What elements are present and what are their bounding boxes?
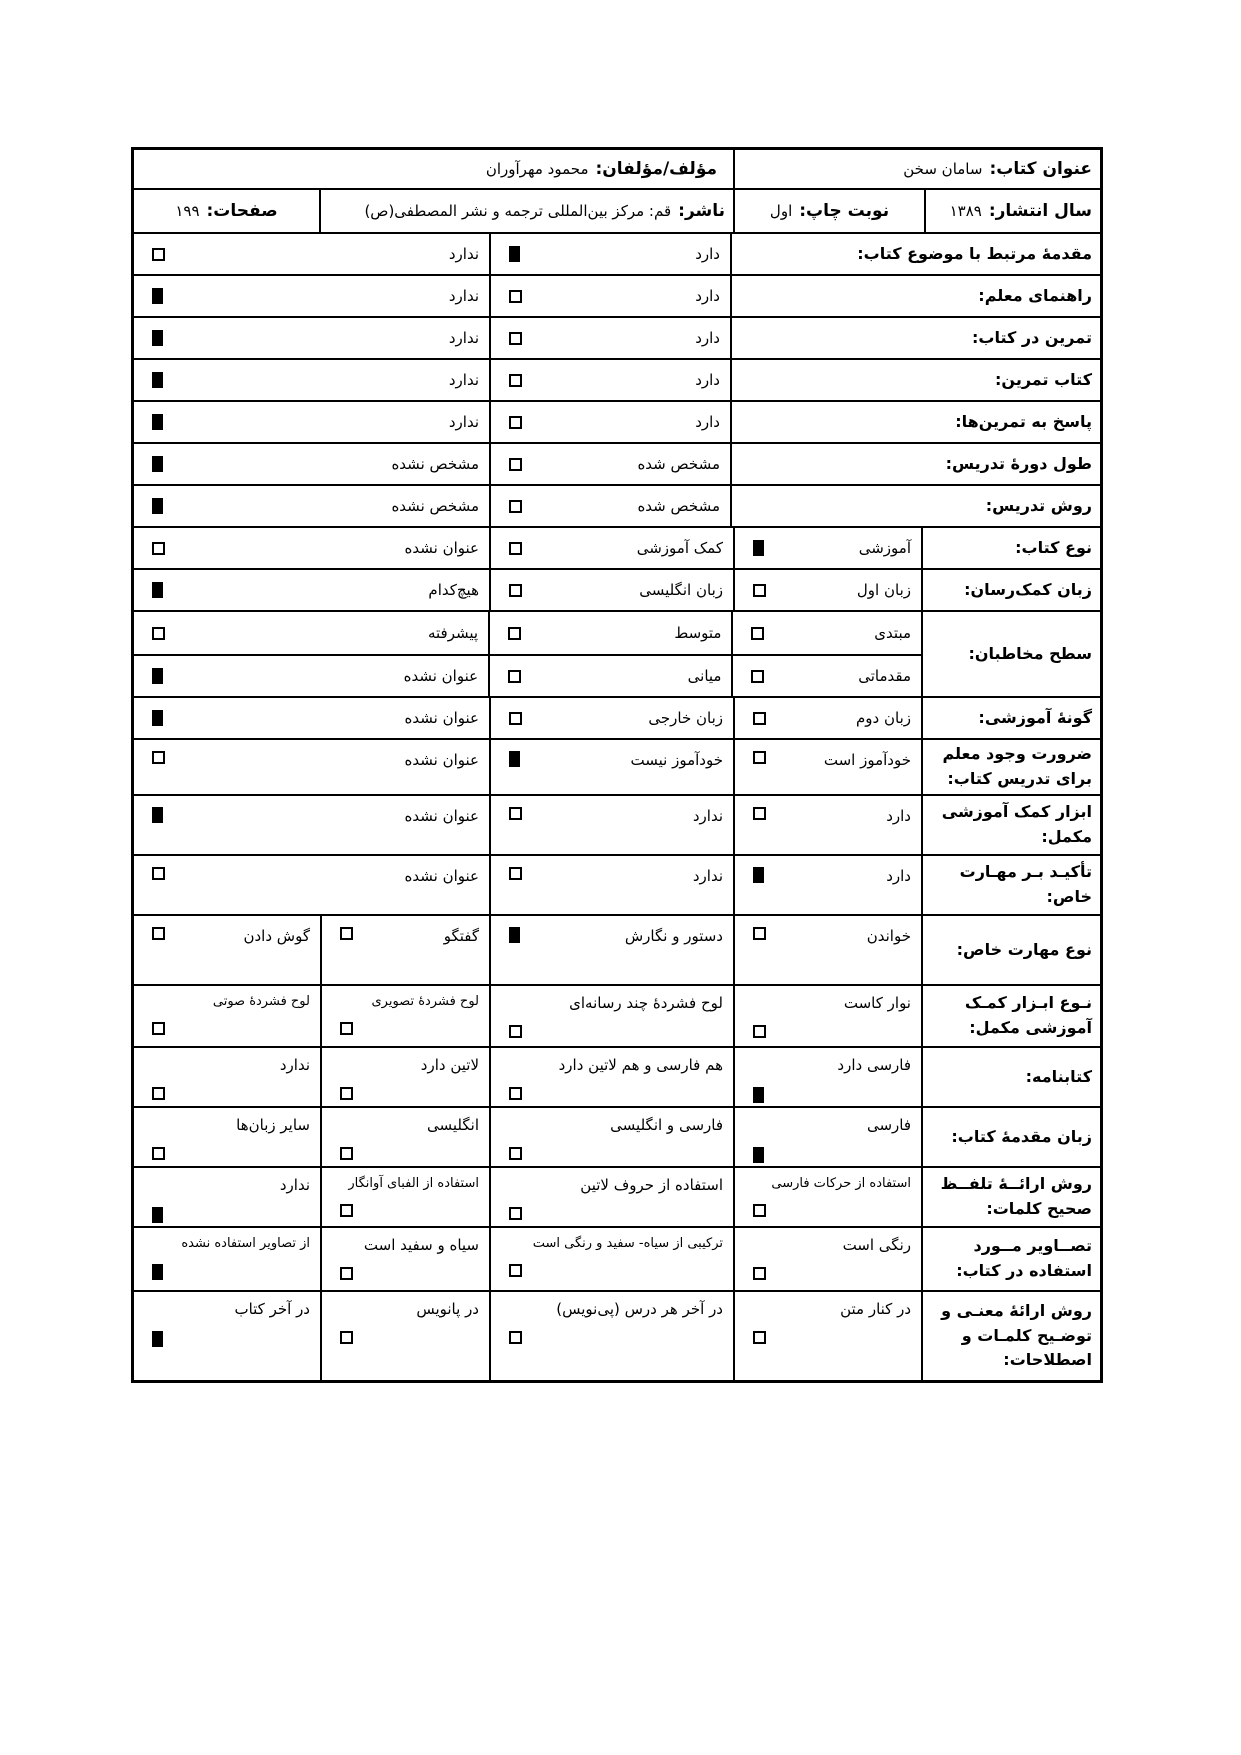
option-label: دارد: [886, 867, 911, 885]
option-cell: ندارد: [134, 402, 491, 442]
page-count-label: صفحات:: [207, 201, 278, 221]
form-row-special-skill-type: نوع مهارت خاص:خواندندستور و نگارشگفتگوگو…: [134, 914, 1100, 984]
option-cell: گفتگو: [322, 916, 491, 984]
option-label: لوح فشردۀ صوتی: [213, 994, 310, 1009]
row-label: روش ارائۀ معنـی و توضـیح کلمـات و اصطلاح…: [923, 1292, 1100, 1380]
option-label: کمک آموزشی: [637, 539, 723, 557]
checkbox-unchecked: [508, 627, 521, 640]
row-label: ضرورت وجود معلم برای تدریس کتاب:: [923, 740, 1100, 794]
checkbox-checked: [152, 807, 163, 823]
checkbox-checked: [753, 1087, 764, 1103]
option-label: ندارد: [449, 287, 479, 305]
checkbox-checked: [152, 1331, 163, 1347]
option-label: عنوان نشده: [405, 709, 479, 727]
option-label: مقدماتی: [858, 667, 911, 685]
checkbox-checked: [152, 330, 163, 346]
option-label: لوح فشردۀ تصویری: [372, 994, 480, 1009]
checkbox-unchecked: [753, 927, 766, 940]
row-label: روش تدریس:: [732, 486, 1100, 526]
checkbox-unchecked: [152, 1087, 165, 1100]
option-label: فارسی و انگلیسی: [610, 1116, 723, 1134]
option-label: ندارد: [449, 413, 479, 431]
checkbox-unchecked: [152, 927, 165, 940]
page-count-cell: صفحات: ۱۹۹: [134, 190, 321, 232]
option-label: سایر زبان‌ها: [236, 1116, 310, 1134]
option-cell: در آخر کتاب: [134, 1292, 322, 1380]
option-label: مشخص نشده: [391, 455, 479, 473]
page-count-value: ۱۹۹: [175, 202, 199, 220]
publish-year-value: ۱۳۸۹: [950, 202, 982, 220]
option-label: مشخص شده: [637, 497, 720, 515]
author-label: مؤلف/مؤلفان:: [595, 159, 717, 179]
option-label: خودآموز نیست: [631, 751, 723, 769]
document-page: عنوان کتاب: سامان سخن مؤلف/مؤلفان: محمود…: [0, 0, 1241, 1755]
checkbox-checked: [152, 288, 163, 304]
option-cell: عنوان نشده: [134, 656, 490, 696]
row-label: زبان کمک‌رسان:: [923, 570, 1100, 610]
option-label: رنگی است: [843, 1236, 911, 1254]
option-cell: سیاه و سفید است: [322, 1228, 491, 1290]
checkbox-unchecked: [509, 500, 522, 513]
option-label: مبتدی: [874, 624, 911, 642]
option-cell: دارد: [735, 796, 923, 854]
row-label: نـوع ابـزار کمـک آموزشی مکمل:: [923, 986, 1100, 1046]
option-cell: کمک آموزشی: [491, 528, 735, 568]
checkbox-unchecked: [152, 542, 165, 555]
option-label: سیاه و سفید است: [364, 1236, 479, 1254]
checkbox-unchecked: [509, 807, 522, 820]
row-label: طول دورۀ تدریس:: [732, 444, 1100, 484]
checkbox-unchecked: [509, 1147, 522, 1160]
option-cell: فارسی: [735, 1108, 923, 1166]
option-label: زبان دوم: [856, 709, 911, 727]
option-label: فارسی: [867, 1116, 911, 1134]
option-cell: مشخص نشده: [134, 444, 491, 484]
option-label: هیچ‌کدام: [428, 581, 479, 599]
option-label: گفتگو: [444, 927, 479, 945]
checkbox-unchecked: [753, 807, 766, 820]
checkbox-unchecked: [340, 1267, 353, 1280]
publish-year-label: سال انتشار:: [989, 201, 1092, 221]
group-options: مبتدیمتوسطپیشرفتهمقدماتیمیانیعنوان نشده: [134, 612, 923, 696]
option-label: متوسط: [674, 624, 721, 642]
option-cell: از تصاویر استفاده نشده: [134, 1228, 322, 1290]
checkbox-unchecked: [509, 458, 522, 471]
checkbox-unchecked: [509, 1264, 522, 1277]
option-label: استفاده از الفبای آوانگار: [348, 1176, 479, 1191]
option-label: زبان اول: [857, 581, 911, 599]
checkbox-unchecked: [509, 1207, 522, 1220]
book-evaluation-table: عنوان کتاب: سامان سخن مؤلف/مؤلفان: محمود…: [131, 147, 1103, 1383]
checkbox-unchecked: [509, 712, 522, 725]
checkbox-unchecked: [753, 1331, 766, 1344]
option-cell: خودآموز است: [735, 740, 923, 794]
option-cell: هم فارسی و هم لاتین دارد: [491, 1048, 735, 1106]
form-row-teaching-method: روش تدریس:مشخص شدهمشخص نشده: [134, 484, 1100, 526]
option-label: زبان خارجی: [648, 709, 723, 727]
option-cell: ترکیبی از سیاه- سفید و رنگی است: [491, 1228, 735, 1290]
option-cell: ندارد: [134, 234, 491, 274]
option-cell: گوش دادن: [134, 916, 322, 984]
form-row-course-duration: طول دورۀ تدریس:مشخص شدهمشخص نشده: [134, 442, 1100, 484]
option-label: ندارد: [280, 1176, 310, 1194]
checkbox-unchecked: [340, 1147, 353, 1160]
option-cell: لوح فشردۀ تصویری: [322, 986, 491, 1046]
row-label: نوع کتاب:: [923, 528, 1100, 568]
checkbox-unchecked: [753, 1204, 766, 1217]
option-cell: عنوان نشده: [134, 740, 491, 794]
option-label: ندارد: [693, 807, 723, 825]
author-cell: مؤلف/مؤلفان: محمود مهرآوران: [134, 150, 735, 188]
form-row-pronunciation-method: روش ارائــۀ تلفــظ صحیح کلمات:استفاده از…: [134, 1166, 1100, 1226]
option-label: دستور و نگارش: [625, 927, 723, 945]
publisher-value: قم: مرکز بین‌المللی ترجمه و نشر المصطفی(…: [364, 202, 671, 220]
form-row-exercises-in-book: تمرین در کتاب:داردندارد: [134, 316, 1100, 358]
option-cell: میانی: [490, 656, 733, 696]
option-label: ندارد: [280, 1056, 310, 1074]
option-label: فارسی دارد: [837, 1056, 911, 1074]
form-row-supplementary-tool-type: نـوع ابـزار کمـک آموزشی مکمل:نوار کاستلو…: [134, 984, 1100, 1046]
option-label: استفاده از حرکات فارسی: [771, 1176, 911, 1191]
option-cell: ندارد: [134, 276, 491, 316]
checkbox-checked: [152, 710, 163, 726]
checkbox-unchecked: [152, 1147, 165, 1160]
checkbox-unchecked: [152, 867, 165, 880]
option-cell: در پانویس: [322, 1292, 491, 1380]
form-row-teacher-guide: راهنمای معلم:داردندارد: [134, 274, 1100, 316]
checkbox-unchecked: [753, 712, 766, 725]
option-cell: متوسط: [490, 612, 733, 654]
option-cell: عنوان نشده: [134, 698, 491, 738]
row-label: تأکیـد بـر مهـارت خاص:: [923, 856, 1100, 914]
checkbox-unchecked: [751, 670, 764, 683]
option-label: در آخر هر درس (پی‌نویس): [556, 1300, 723, 1318]
option-label: لوح فشردۀ چند رسانه‌ای: [569, 994, 723, 1012]
option-cell: زبان انگلیسی: [491, 570, 735, 610]
row-label: تصــاویر مــورد استفاده در کتاب:: [923, 1228, 1100, 1290]
checkbox-checked: [509, 751, 520, 767]
checkbox-checked: [509, 246, 520, 262]
option-label: مشخص شده: [637, 455, 720, 473]
option-cell: مبتدی: [733, 612, 921, 654]
option-cell: پیشرفته: [134, 612, 490, 654]
option-cell: در آخر هر درس (پی‌نویس): [491, 1292, 735, 1380]
option-cell: فارسی دارد: [735, 1048, 923, 1106]
option-cell: لاتین دارد: [322, 1048, 491, 1106]
checkbox-checked: [152, 456, 163, 472]
option-label: استفاده از حروف لاتین: [580, 1176, 723, 1194]
checkbox-unchecked: [509, 332, 522, 345]
checkbox-unchecked: [509, 1331, 522, 1344]
book-title-value: سامان سخن: [903, 160, 982, 178]
option-label: انگلیسی: [427, 1116, 479, 1134]
option-label: هم فارسی و هم لاتین دارد: [559, 1056, 723, 1074]
option-cell: هیچ‌کدام: [134, 570, 491, 610]
checkbox-unchecked: [152, 751, 165, 764]
row-label: کتابنامه:: [923, 1048, 1100, 1106]
option-cell: ندارد: [134, 1048, 322, 1106]
option-label: آموزشی: [859, 539, 911, 557]
option-label: عنوان نشده: [405, 751, 479, 769]
option-label: عنوان نشده: [405, 539, 479, 557]
checkbox-checked: [152, 414, 163, 430]
option-cell: لوح فشردۀ صوتی: [134, 986, 322, 1046]
option-label: پیشرفته: [428, 624, 478, 642]
option-cell: در کنار متن: [735, 1292, 923, 1380]
print-edition-value: اول: [770, 202, 792, 220]
row-label: کتاب تمرین:: [732, 360, 1100, 400]
option-cell: استفاده از الفبای آوانگار: [322, 1168, 491, 1226]
option-cell: عنوان نشده: [134, 528, 491, 568]
row-label: راهنمای معلم:: [732, 276, 1100, 316]
option-label: میانی: [688, 667, 722, 685]
checkbox-unchecked: [509, 867, 522, 880]
option-label: ندارد: [449, 371, 479, 389]
checkbox-unchecked: [340, 927, 353, 940]
checkbox-unchecked: [753, 751, 766, 764]
checkbox-checked: [152, 582, 163, 598]
form-row-exercise-answers: پاسخ به تمرین‌ها:داردندارد: [134, 400, 1100, 442]
checkbox-checked: [152, 498, 163, 514]
publisher-cell: ناشر: قم: مرکز بین‌المللی ترجمه و نشر ال…: [321, 190, 735, 232]
row-label: مقدمۀ مرتبط با موضوع کتاب:: [732, 234, 1100, 274]
option-label: لاتین دارد: [421, 1056, 479, 1074]
option-label: دارد: [695, 287, 720, 305]
option-label: در پانویس: [416, 1300, 479, 1318]
option-cell: عنوان نشده: [134, 856, 491, 914]
checkbox-unchecked: [509, 290, 522, 303]
option-label: در کنار متن: [840, 1300, 911, 1318]
option-cell: انگلیسی: [322, 1108, 491, 1166]
option-cell: مقدماتی: [733, 656, 921, 696]
checkbox-unchecked: [753, 1267, 766, 1280]
option-cell: دارد: [491, 276, 732, 316]
checkbox-unchecked: [152, 1022, 165, 1035]
checkbox-unchecked: [751, 627, 764, 640]
option-label: دارد: [886, 807, 911, 825]
option-label: ندارد: [693, 867, 723, 885]
checkbox-checked: [753, 540, 764, 556]
form-row-special-skill-emphasis: تأکیـد بـر مهـارت خاص:داردنداردعنوان نشد…: [134, 854, 1100, 914]
option-cell: عنوان نشده: [134, 796, 491, 854]
form-row-intro-related-to-subject: مقدمۀ مرتبط با موضوع کتاب:داردندارد: [134, 232, 1100, 274]
form-row-exercise-book: کتاب تمرین:داردندارد: [134, 358, 1100, 400]
option-label: زبان انگلیسی: [639, 581, 723, 599]
checkbox-unchecked: [509, 374, 522, 387]
book-title-label: عنوان کتاب:: [989, 159, 1092, 179]
option-cell: استفاده از حرکات فارسی: [735, 1168, 923, 1226]
option-cell: آموزشی: [735, 528, 923, 568]
form-row-education-type: گونۀ آموزشی:زبان دومزبان خارجیعنوان نشده: [134, 696, 1100, 738]
option-label: در آخر کتاب: [234, 1300, 310, 1318]
checkbox-unchecked: [340, 1331, 353, 1344]
option-label: نوار کاست: [844, 994, 911, 1012]
option-label: ترکیبی از سیاه- سفید و رنگی است: [533, 1236, 723, 1251]
checkbox-checked: [753, 1147, 764, 1163]
print-edition-label: نوبت چاپ:: [799, 201, 889, 221]
checkbox-checked: [509, 927, 520, 943]
option-label: خودآموز است: [824, 751, 911, 769]
form-subrow: مبتدیمتوسطپیشرفته: [134, 612, 921, 654]
option-cell: ندارد: [134, 1168, 322, 1226]
publish-year-cell: سال انتشار: ۱۳۸۹: [926, 190, 1100, 232]
form-row-teacher-necessity: ضرورت وجود معلم برای تدریس کتاب:خودآموز …: [134, 738, 1100, 794]
form-row-book-type: نوع کتاب:آموزشیکمک آموزشیعنوان نشده: [134, 526, 1100, 568]
option-label: دارد: [695, 245, 720, 263]
option-cell: دارد: [735, 856, 923, 914]
header-row-publication: سال انتشار: ۱۳۸۹ نوبت چاپ: اول ناشر: قم:…: [134, 188, 1100, 232]
option-cell: مشخص شده: [491, 444, 732, 484]
checkbox-unchecked: [753, 584, 766, 597]
form-row-preface-language: زبان مقدمۀ کتاب:فارسیفارسی و انگلیسیانگل…: [134, 1106, 1100, 1166]
checkbox-checked: [152, 372, 163, 388]
option-cell: رنگی است: [735, 1228, 923, 1290]
option-label: عنوان نشده: [404, 667, 478, 685]
option-label: ندارد: [449, 329, 479, 347]
option-cell: نوار کاست: [735, 986, 923, 1046]
checkbox-unchecked: [152, 627, 165, 640]
checkbox-unchecked: [508, 670, 521, 683]
checkbox-checked: [152, 668, 163, 684]
option-cell: مشخص نشده: [134, 486, 491, 526]
option-cell: زبان خارجی: [491, 698, 735, 738]
checkbox-checked: [152, 1264, 163, 1280]
row-label: ابزار کمک آموزشی مکمل:: [923, 796, 1100, 854]
form-row-helper-language: زبان کمک‌رسان:زبان اولزبان انگلیسیهیچ‌کد…: [134, 568, 1100, 610]
option-cell: لوح فشردۀ چند رسانه‌ای: [491, 986, 735, 1046]
form-row-meaning-explanation-method: روش ارائۀ معنـی و توضـیح کلمـات و اصطلاح…: [134, 1290, 1100, 1380]
option-label: گوش دادن: [243, 927, 310, 945]
checkbox-unchecked: [509, 1087, 522, 1100]
row-label: زبان مقدمۀ کتاب:: [923, 1108, 1100, 1166]
option-label: دارد: [695, 329, 720, 347]
option-label: دارد: [695, 371, 720, 389]
option-label: عنوان نشده: [405, 867, 479, 885]
publisher-label: ناشر:: [678, 201, 725, 221]
form-row-bibliography: کتابنامه:فارسی داردهم فارسی و هم لاتین د…: [134, 1046, 1100, 1106]
option-cell: دارد: [491, 402, 732, 442]
row-label: تمرین در کتاب:: [732, 318, 1100, 358]
checkbox-unchecked: [340, 1022, 353, 1035]
author-value: محمود مهرآوران: [486, 160, 589, 178]
option-cell: دارد: [491, 234, 732, 274]
option-cell: خودآموز نیست: [491, 740, 735, 794]
row-label: روش ارائــۀ تلفــظ صحیح کلمات:: [923, 1168, 1100, 1226]
checkbox-unchecked: [509, 542, 522, 555]
checkbox-unchecked: [509, 584, 522, 597]
form-rows: مقدمۀ مرتبط با موضوع کتاب:داردنداردراهنم…: [134, 232, 1100, 1380]
checkbox-unchecked: [509, 1025, 522, 1038]
checkbox-unchecked: [509, 416, 522, 429]
option-cell: ندارد: [491, 856, 735, 914]
option-label: دارد: [695, 413, 720, 431]
checkbox-unchecked: [753, 1025, 766, 1038]
option-cell: دارد: [491, 318, 732, 358]
checkbox-unchecked: [340, 1204, 353, 1217]
option-cell: خواندن: [735, 916, 923, 984]
option-cell: زبان دوم: [735, 698, 923, 738]
option-cell: ندارد: [134, 360, 491, 400]
checkbox-checked: [753, 867, 764, 883]
option-cell: دارد: [491, 360, 732, 400]
form-subrow: مقدماتیمیانیعنوان نشده: [134, 654, 921, 696]
option-cell: فارسی و انگلیسی: [491, 1108, 735, 1166]
checkbox-unchecked: [152, 248, 165, 261]
print-edition-cell: نوبت چاپ: اول: [735, 190, 926, 232]
row-label: پاسخ به تمرین‌ها:: [732, 402, 1100, 442]
option-cell: زبان اول: [735, 570, 923, 610]
option-label: مشخص نشده: [391, 497, 479, 515]
row-label: نوع مهارت خاص:: [923, 916, 1100, 984]
form-row-images-in-book: تصــاویر مــورد استفاده در کتاب:رنگی است…: [134, 1226, 1100, 1290]
option-cell: سایر زبان‌ها: [134, 1108, 322, 1166]
option-label: عنوان نشده: [405, 807, 479, 825]
checkbox-checked: [152, 1207, 163, 1223]
row-label: گونۀ آموزشی:: [923, 698, 1100, 738]
option-label: ندارد: [449, 245, 479, 263]
option-label: از تصاویر استفاده نشده: [181, 1236, 310, 1251]
checkbox-unchecked: [340, 1087, 353, 1100]
book-title-cell: عنوان کتاب: سامان سخن: [735, 150, 1100, 188]
option-cell: مشخص شده: [491, 486, 732, 526]
option-cell: ندارد: [134, 318, 491, 358]
option-cell: دستور و نگارش: [491, 916, 735, 984]
header-row-title: عنوان کتاب: سامان سخن مؤلف/مؤلفان: محمود…: [134, 150, 1100, 188]
form-row-audience-level: سطح مخاطبان:مبتدیمتوسطپیشرفتهمقدماتیمیان…: [134, 610, 1100, 696]
form-row-supplementary-teaching-tools: ابزار کمک آموزشی مکمل:داردنداردعنوان نشد…: [134, 794, 1100, 854]
option-cell: استفاده از حروف لاتین: [491, 1168, 735, 1226]
option-cell: ندارد: [491, 796, 735, 854]
row-label: سطح مخاطبان:: [923, 612, 1100, 696]
option-label: خواندن: [867, 927, 911, 945]
